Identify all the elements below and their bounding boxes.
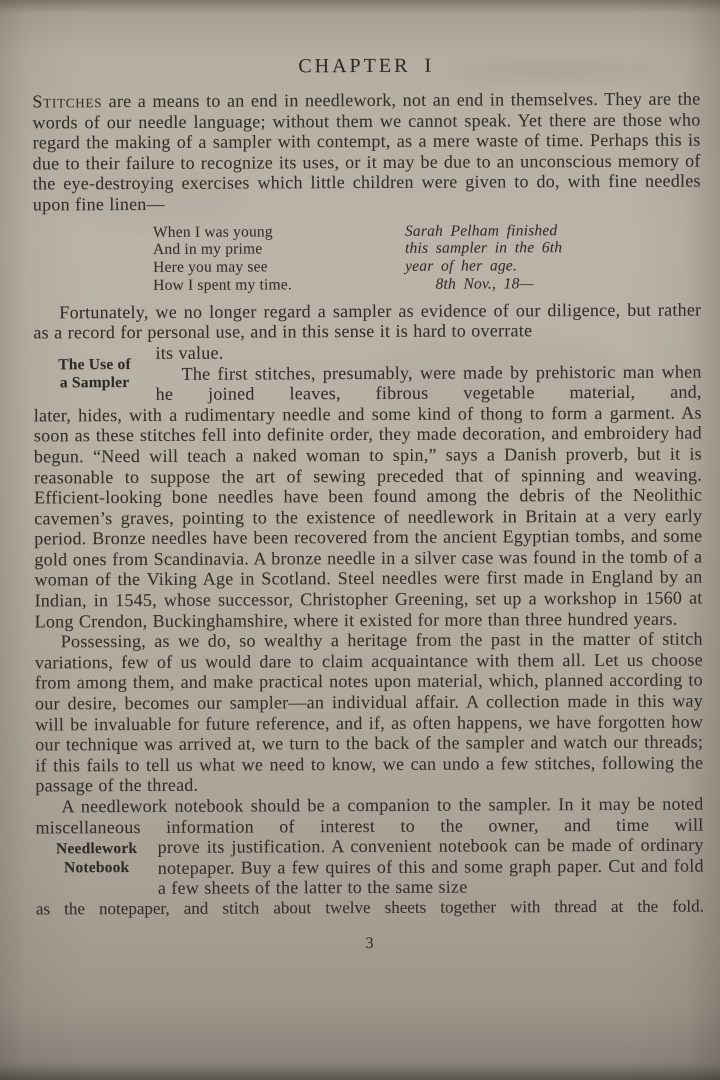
book-page-photo: CHAPTER I Stitches are a means to an end… [0,0,720,1080]
sampler-verse: When I was young And in my prime Here yo… [33,221,701,295]
verse-attribution: Sarah Pelham finished this sampler in th… [405,222,563,294]
verse-lines: When I was young And in my prime Here yo… [153,222,405,294]
paragraph-first-stitches-continued: later, hides, with a rudimentary needle … [34,402,703,631]
paragraph-fortunately: Fortunately, we no longer regard a sampl… [33,299,701,343]
paragraph-notebook-intro: A needlework notebook should be a compan… [35,794,703,838]
opening-lead-word: Stitches [32,91,102,111]
text-beside-note: its value. The first stitches, presumabl… [155,340,701,404]
paragraph-first-stitches-start: The first stitches, presumably, were mad… [156,361,702,405]
chapter-heading: CHAPTER I [32,53,700,80]
margin-note-section-sampler: The Use of a Sampler its value. The firs… [33,340,701,405]
page-number: 3 [36,933,704,954]
opening-text: are a means to an end in needlework, not… [32,89,700,215]
paragraph-notebook-beside: prove its justification. A convenient no… [158,835,704,899]
text-beside-note: prove its justification. A convenient no… [158,835,704,899]
book-page: CHAPTER I Stitches are a means to an end… [0,0,720,954]
paragraph-fortunately-tail: its value. [155,340,701,363]
paragraph-opening: Stitches are a means to an end in needle… [32,89,701,215]
paragraph-notebook-last-line: as the notepaper, and stitch about twelv… [36,896,704,920]
margin-note-section-notebook: Needlework Notebook prove its justificat… [36,835,704,900]
margin-note-use-of-sampler: The Use of a Sampler [33,343,155,405]
margin-note-needlework-notebook: Needlework Notebook [36,837,158,899]
paragraph-possessing: Possessing, as we do, so wealthy a herit… [35,629,704,797]
